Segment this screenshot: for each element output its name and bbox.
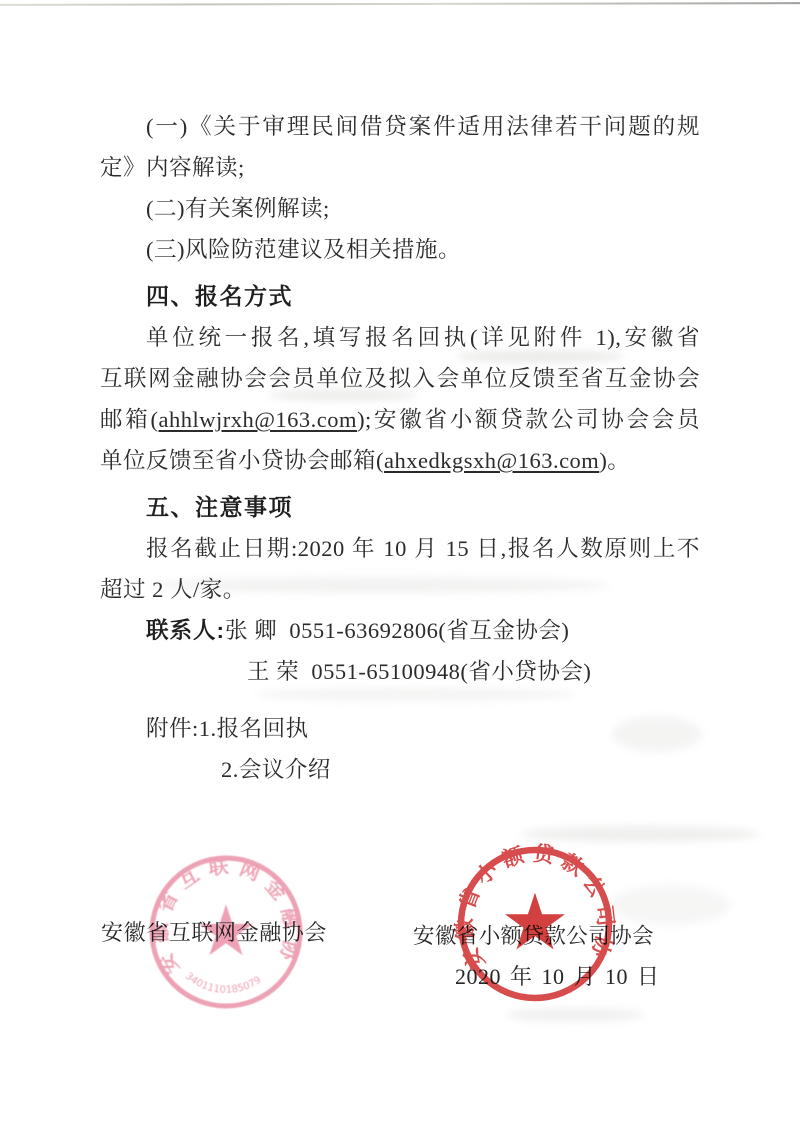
notes-line-2: 超过 2 人/家。 [100, 569, 700, 610]
agenda-item-1-line-1: (一)《关于审理民间借贷案件适用法律若干问题的规 [100, 106, 700, 147]
text-segment: 单位反馈至省小贷协会邮箱( [100, 448, 384, 473]
seal-registration-number: 3401110185079 [183, 971, 264, 996]
email-xiaodai-association: ahxedkgsxh@163.com [384, 448, 599, 473]
scanned-document-page: (一)《关于审理民间借贷案件适用法律若干问题的规 定》内容解读; (二)有关案例… [0, 0, 800, 1142]
text-segment: )。 [599, 448, 630, 473]
attachments-label: 附件: [146, 716, 199, 741]
official-seal-internet-finance: 安徽省互联网金融协会 3401110185079 ★ [144, 850, 308, 1014]
contact-person-2: 王 荣 0551-65100948(省小贷协会) [247, 659, 591, 684]
attachment-item-1: 1.报名回执 [199, 716, 309, 741]
attachments-line-1: 附件:1.报名回执 [100, 708, 700, 749]
agenda-item-3: (三)风险防范建议及相关措施。 [100, 229, 700, 270]
contact-line-1: 联系人:张 卿 0551-63692806(省互金协会) [100, 610, 700, 651]
scan-edge-artifact [0, 2, 800, 6]
text-segment: );安徽省小额贷款公司协会会员 [357, 407, 700, 432]
official-seal-microloan: 安徽省小额贷款公司协会 ★ [449, 838, 621, 1010]
svg-text:3401110185079: 3401110185079 [183, 971, 264, 996]
notes-line-1: 报名截止日期:2020 年 10 月 15 日,报名人数原则上不 [100, 528, 700, 569]
text-segment: 邮箱( [100, 407, 158, 432]
section-heading-registration: 四、报名方式 [100, 276, 700, 317]
attachments-line-2: 2.会议介绍 [100, 749, 700, 790]
contact-label: 联系人: [146, 618, 225, 643]
contact-line-2: 王 荣 0551-65100948(省小贷协会) [100, 651, 700, 692]
bleedthrough-artifact [505, 1008, 645, 1022]
attachment-item-2: 2.会议介绍 [221, 757, 331, 782]
contact-person-1: 张 卿 0551-63692806(省互金协会) [225, 618, 569, 643]
agenda-item-2: (二)有关案例解读; [100, 188, 700, 229]
registration-line-4: 单位反馈至省小贷协会邮箱(ahxedkgsxh@163.com)。 [100, 440, 700, 481]
section-heading-notes: 五、注意事项 [100, 487, 700, 528]
registration-line-1: 单位统一报名,填写报名回执(详见附件 1),安徽省 [100, 317, 700, 358]
seal-star-icon: ★ [500, 878, 570, 968]
agenda-item-1-line-2: 定》内容解读; [100, 147, 700, 188]
registration-line-2: 互联网金融协会会员单位及拟入会单位反馈至省互金协会 [100, 358, 700, 399]
document-body: (一)《关于审理民间借贷案件适用法律若干问题的规 定》内容解读; (二)有关案例… [100, 106, 700, 790]
seal-star-icon: ★ [195, 890, 258, 972]
email-hujin-association: ahhlwjrxh@163.com [158, 407, 357, 432]
registration-line-3: 邮箱(ahhlwjrxh@163.com);安徽省小额贷款公司协会会员 [100, 399, 700, 440]
